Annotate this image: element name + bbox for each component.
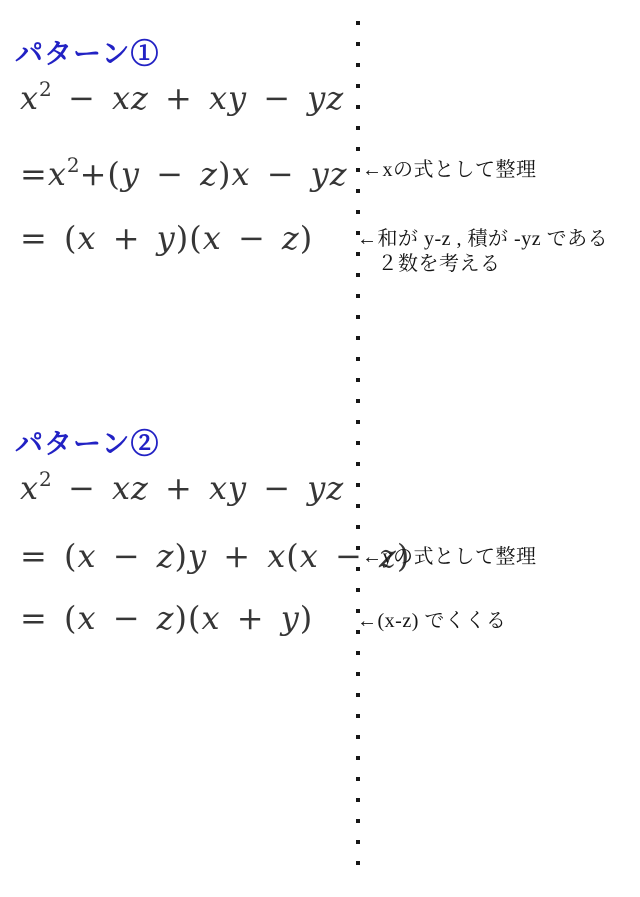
annotation-factor-out: ← (x-z) でくくる bbox=[357, 609, 506, 634]
pattern-1-step-1: =x2+(y − z)x − yz bbox=[20, 156, 348, 193]
annotation-sum-product: ← 和が y-z , 積が -yz である ２数を考える bbox=[357, 227, 608, 277]
annotation-arrange-x: ← xの式として整理 bbox=[362, 158, 537, 183]
pattern-1-expression: x2 − xz + xy − yz bbox=[20, 80, 344, 117]
pattern-1-step-2: = (x + y)(x − z) bbox=[20, 220, 313, 257]
pattern-1-heading: パターン① bbox=[15, 41, 159, 69]
left-arrow-icon: ← bbox=[362, 158, 383, 183]
pattern-2-step-1: = (x − z)y + x(x − z) bbox=[20, 538, 410, 575]
left-arrow-icon: ← bbox=[357, 227, 378, 252]
math-worksheet: パターン① x2 − xz + xy − yz =x2+(y − z)x − y… bbox=[0, 0, 640, 897]
left-arrow-icon: ← bbox=[357, 609, 378, 634]
pattern-2-heading: パターン② bbox=[15, 431, 159, 459]
annotation-text: 和が y-z , 積が -yz である bbox=[378, 227, 609, 252]
pattern-2-expression: x2 − xz + xy − yz bbox=[20, 470, 344, 507]
annotation-text: yの式として整理 bbox=[383, 545, 537, 570]
annotation-text: ２数を考える bbox=[378, 252, 609, 277]
pattern-2-step-2: = (x − z)(x + y) bbox=[20, 600, 313, 637]
left-arrow-icon: ← bbox=[362, 545, 383, 570]
annotation-text: (x-z) でくくる bbox=[378, 609, 507, 634]
dotted-divider bbox=[356, 21, 360, 877]
annotation-text: xの式として整理 bbox=[383, 158, 537, 183]
annotation-arrange-y: ← yの式として整理 bbox=[362, 545, 537, 570]
